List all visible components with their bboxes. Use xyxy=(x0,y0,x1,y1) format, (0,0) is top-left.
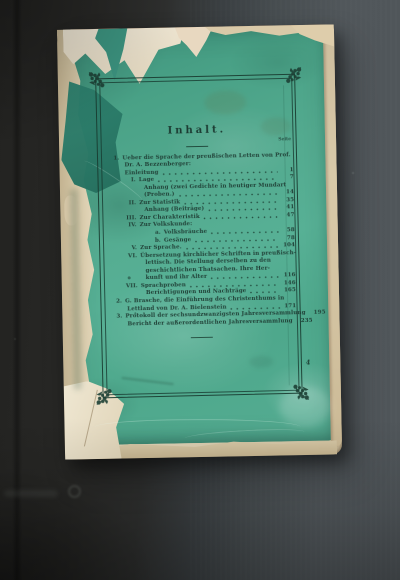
entry-number: 2. xyxy=(110,298,122,305)
entry-text: (Proben.) xyxy=(144,192,175,200)
entry-number: 3. xyxy=(110,314,122,321)
dot-leader xyxy=(211,230,279,234)
entry-text: Zur Sprache. xyxy=(140,244,182,252)
entry-page-number: 41 xyxy=(281,205,294,212)
smudge-ring xyxy=(68,485,81,498)
entry-text: Lage xyxy=(139,177,155,184)
entry-page-number: 104 xyxy=(282,242,295,249)
dot-leader xyxy=(231,306,281,310)
entry-page-number: 1 xyxy=(281,167,294,174)
entry-number: II. xyxy=(116,200,136,207)
entry-number: VII. xyxy=(118,283,138,290)
entry-number: III. xyxy=(116,215,136,222)
entry-page-number: 116 xyxy=(283,272,296,279)
entry-page-number: 165 xyxy=(283,288,296,295)
entry-text: Gesänge xyxy=(164,237,191,245)
entry-page-number: 195 xyxy=(313,310,326,317)
photo-artifact-smudge xyxy=(4,483,92,505)
entry-number: 1. xyxy=(107,155,119,162)
entry-number: V. xyxy=(117,245,137,252)
entry-page-number: 235 xyxy=(300,317,313,324)
dot-leader xyxy=(211,276,280,280)
page-title: Inhalt. xyxy=(97,123,297,138)
entry-page-number: 35 xyxy=(281,197,294,204)
entry-page-number: 146 xyxy=(283,280,296,287)
entry-page-number: 78 xyxy=(282,235,295,242)
title-rule xyxy=(186,146,208,147)
end-rule xyxy=(191,337,213,338)
entry-number: VI. xyxy=(117,253,137,260)
dust-speck xyxy=(352,172,354,174)
entry-text: Einleitung xyxy=(125,169,159,177)
smudge-streak xyxy=(4,490,58,497)
entry-page-number: 171 xyxy=(283,303,296,310)
dot-leader xyxy=(250,291,280,295)
entry-page-number: 7 xyxy=(281,174,294,181)
dot-leader xyxy=(208,208,278,212)
entry-number: b. xyxy=(153,237,161,244)
photo-of-book-cover: 4 Inhalt. Seite 1.Ueber die Sprache der … xyxy=(0,0,400,580)
entry-page-number: 14 xyxy=(281,189,294,196)
page-column-label: Seite xyxy=(59,137,291,146)
book-front-cover: 4 Inhalt. Seite 1.Ueber die Sprache der … xyxy=(57,24,342,459)
entry-page-number: 47 xyxy=(281,212,294,219)
entry-text: Volksbräuche xyxy=(164,229,208,237)
entry-number: I. xyxy=(116,177,136,184)
entry-number: IV. xyxy=(117,223,137,230)
table-of-contents: Inhalt. Seite 1.Ueber die Sprache der pr… xyxy=(57,24,342,459)
dust-speck xyxy=(14,338,16,340)
entry-number: a. xyxy=(153,230,161,237)
entry-page-number: 58 xyxy=(282,227,295,234)
